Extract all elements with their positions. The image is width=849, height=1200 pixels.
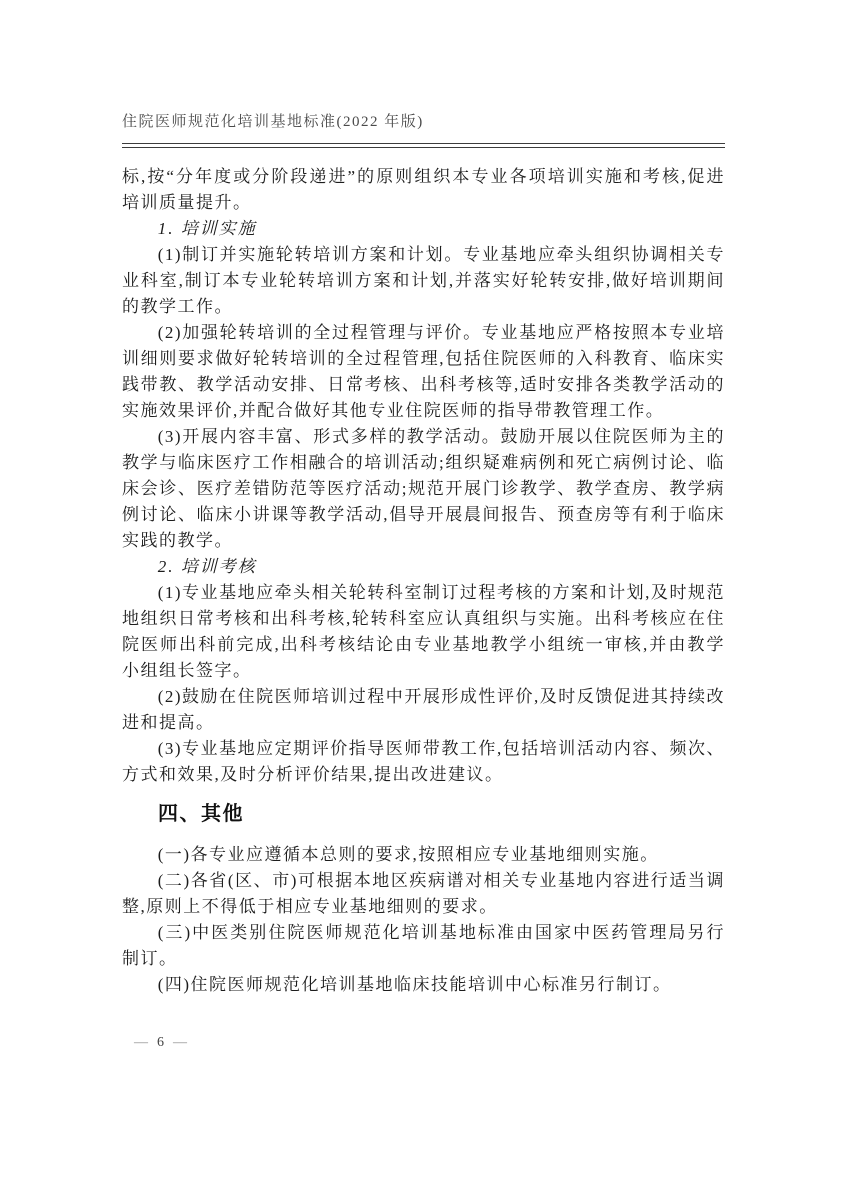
body-paragraph: (一)各专业应遵循本总则的要求,按照相应专业基地细则实施。 [122, 842, 725, 868]
body-paragraph: (3)专业基地应定期评价指导医师带教工作,包括培训活动内容、频次、方式和效果,及… [122, 736, 725, 788]
page-number: 6 [157, 1034, 164, 1052]
body-paragraph: (2)鼓励在住院医师培训过程中开展形成性评价,及时反馈促进其持续改进和提高。 [122, 684, 725, 736]
footer-dash-right: — [173, 1034, 187, 1052]
header-double-rule [122, 143, 725, 148]
footer-dash-left: — [134, 1034, 148, 1052]
page-header: 住院医师规范化培训基地标准(2022 年版) [122, 112, 725, 148]
body-paragraph: (三)中医类别住院医师规范化培训基地标准由国家中医药管理局另行制订。 [122, 920, 725, 972]
page-content: 住院医师规范化培训基地标准(2022 年版) 标,按“分年度或分阶段递进”的原则… [122, 112, 725, 998]
section-heading: 四、其他 [122, 799, 725, 829]
page-footer: — 6 — [134, 1034, 187, 1052]
body-paragraph: (二)各省(区、市)可根据本地区疾病谱对相关专业基地内容进行适当调整,原则上不得… [122, 868, 725, 920]
running-header-title: 住院医师规范化培训基地标准(2022 年版) [122, 112, 725, 132]
body-paragraph: (3)开展内容丰富、形式多样的教学活动。鼓励开展以住院医师为主的教学与临床医疗工… [122, 424, 725, 554]
body-paragraph: (四)住院医师规范化培训基地临床技能培训中心标准另行制订。 [122, 972, 725, 998]
document-page: 住院医师规范化培训基地标准(2022 年版) 标,按“分年度或分阶段递进”的原则… [0, 0, 849, 1200]
body-paragraph: (2)加强轮转培训的全过程管理与评价。专业基地应严格按照本专业培训细则要求做好轮… [122, 320, 725, 424]
document-body: 标,按“分年度或分阶段递进”的原则组织本专业各项培训实施和考核,促进培训质量提升… [122, 164, 725, 998]
body-paragraph: 标,按“分年度或分阶段递进”的原则组织本专业各项培训实施和考核,促进培训质量提升… [122, 164, 725, 216]
body-paragraph: (1)专业基地应牵头相关轮转科室制订过程考核的方案和计划,及时规范地组织日常考核… [122, 580, 725, 684]
body-paragraph: (1)制订并实施轮转培训方案和计划。专业基地应牵头组织协调相关专业科室,制订本专… [122, 242, 725, 320]
list-item-subheading: 2. 培训考核 [122, 554, 725, 580]
list-item-subheading: 1. 培训实施 [122, 216, 725, 242]
